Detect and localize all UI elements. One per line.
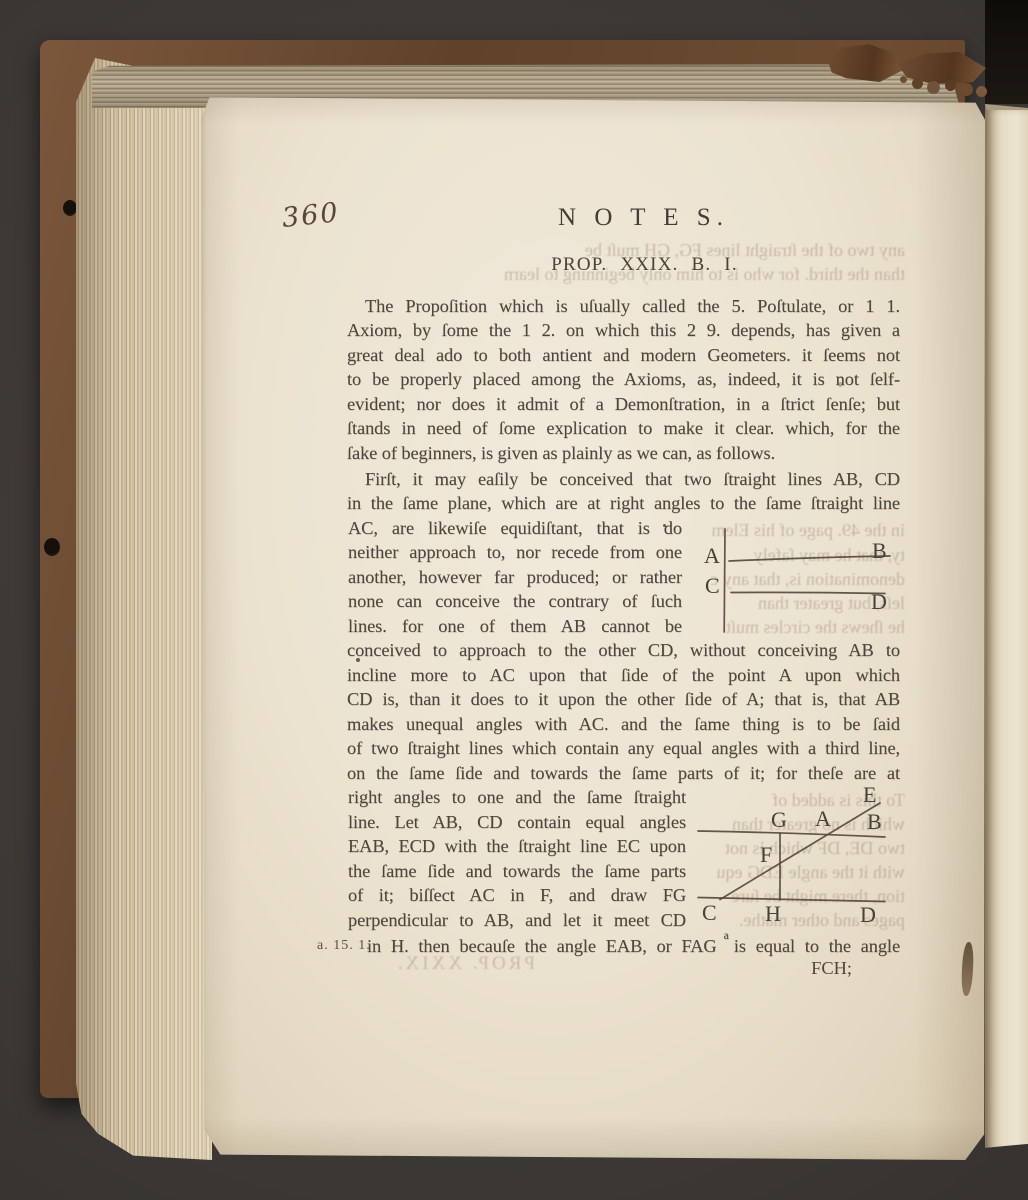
text-line: AC, are likewiſe equidiſtant, that is do: [348, 518, 682, 539]
text-line: ſake of beginners, is given as plainly a…: [347, 443, 900, 464]
line-CD: [731, 592, 885, 593]
label-A: A: [704, 543, 720, 568]
text-line: in H. then becauſe the angle EAB, or FAG…: [347, 934, 900, 957]
label-C: C: [705, 573, 720, 598]
label-A: A: [815, 806, 831, 831]
page-title: N O T E S.: [367, 204, 920, 232]
final-line-pre: in H. then becauſe the angle EAB, or FAG: [367, 936, 717, 956]
label-C: C: [702, 900, 717, 925]
line-EC: [720, 803, 880, 900]
final-line-post: is equal to the angle: [734, 936, 900, 956]
text-line: great deal ado to both antient and moder…: [347, 345, 900, 366]
figure-parallel-lines: A B C D: [688, 516, 903, 641]
label-D: D: [871, 589, 887, 614]
text-line: Firſt, it may eaſily be conceived that t…: [347, 469, 900, 490]
text-line: the ſame ſide and towards the ſame parts: [348, 861, 686, 882]
text-line: on the ſame ſide and towards the ſame pa…: [347, 763, 900, 784]
worm-hole: [63, 200, 77, 216]
handwritten-page-number: 360: [281, 197, 341, 234]
figure-equal-angles: E G A B F C H D: [686, 780, 904, 932]
line-GAB: [698, 831, 885, 837]
text-line: none can conceive the contrary of ſuch: [348, 591, 682, 612]
label-D: D: [860, 902, 876, 927]
text-line: evident; nor does it admit of a Demonſtr…: [347, 394, 900, 415]
text-line: The Propoſition which is uſually called …: [347, 296, 900, 317]
text-line: of two ſtraight lines which contain any …: [347, 738, 900, 759]
proposition-heading: PROP. XXIX. B. I.: [368, 254, 921, 276]
text-line: Axiom, by ſome the 1 2. on which this 2 …: [347, 320, 900, 341]
text-line: ſtands in need of ſome explication to ma…: [347, 418, 900, 439]
text-line: CD is, than it does to it upon the other…: [347, 689, 900, 710]
text-line: in the ſame plane, which are at right an…: [347, 493, 900, 514]
text-line: another, however far produced; or rather: [348, 567, 682, 588]
text-line: perpendicular to AB, and let it meet CD: [348, 910, 686, 931]
next-page-edge: [985, 104, 1028, 1150]
ink-speck: [356, 658, 360, 662]
line-AC: [724, 529, 725, 632]
ink-speck: [663, 524, 666, 527]
line-AB: [729, 556, 890, 561]
footnote-marker: a: [724, 928, 729, 942]
text-line: EAB, ECD with the ſtraight line EC upon: [348, 836, 686, 857]
leather-crumbs: [900, 76, 907, 83]
text-line: right angles to one and the ſame ſtraigh…: [348, 787, 686, 808]
text-line: conceived to approach to the other CD, w…: [347, 640, 900, 661]
text-line: to be properly placed among the Axioms, …: [347, 369, 900, 390]
text-line: line. Let AB, CD contain equal angles: [348, 812, 686, 833]
label-H: H: [765, 901, 781, 926]
label-G: G: [771, 807, 787, 832]
text-line: neither approach to, nor recede from one: [348, 542, 682, 563]
label-F: F: [760, 842, 772, 867]
label-B: B: [867, 809, 882, 834]
shadow-corner-top-right: [985, 0, 1028, 104]
book-page-photo: any two of the ſtraight lines FG, GH muſ…: [0, 0, 1028, 1200]
page-stack-fore-edge: [76, 58, 212, 1160]
text-line: incline more to AC upon that ſide of the…: [347, 665, 900, 686]
text-line: makes unequal angles with AC. and the ſa…: [347, 714, 900, 735]
label-B: B: [872, 538, 887, 563]
line-CHD: [698, 898, 885, 902]
ink-speck: [838, 382, 843, 387]
worm-hole: [44, 538, 60, 556]
label-E: E: [863, 782, 876, 807]
text-line: of it; biſſect AC in F, and draw FG: [348, 885, 686, 906]
catchword: FCH;: [347, 958, 900, 979]
text-line: lines. for one of them AB cannot be: [348, 616, 682, 637]
